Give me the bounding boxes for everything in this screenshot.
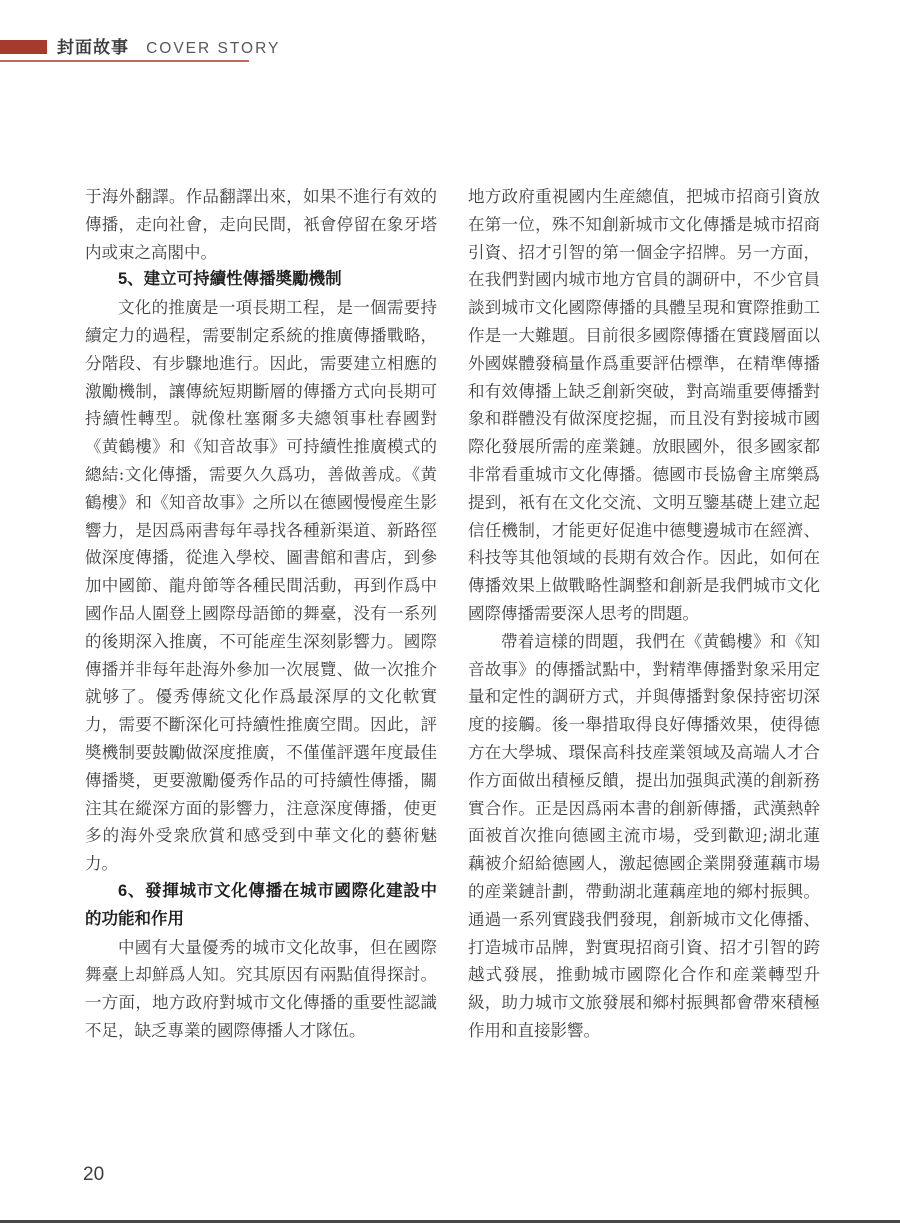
article-column-right: 地方政府重視國内生産總值，把城市招商引資放在第一位，殊不知創新城市文化傳播是城市… [468, 183, 820, 1045]
magazine-page: 封面故事 COVER STORY 于海外翻譯。作品翻譯出來，如果不進行有效的傳播… [0, 0, 900, 1227]
section-title: 封面故事 COVER STORY [57, 37, 280, 58]
body-paragraph: 帶着這樣的問題，我們在《黄鶴樓》和《知音故事》的傳播試點中，對精準傳播對象采用定… [468, 628, 820, 1045]
subsection-heading: 5、建立可持續性傳播奬勵機制 [85, 266, 437, 294]
page-bottom-rule [0, 1220, 900, 1223]
body-paragraph: 文化的推廣是一項長期工程，是一個需要持續定力的過程，需要制定系統的推廣傳播戰略，… [85, 294, 437, 878]
section-title-chinese: 封面故事 [57, 38, 129, 57]
subsection-heading: 6、發揮城市文化傳播在城市國際化建設中的功能和作用 [85, 878, 437, 934]
header-accent-bar [0, 40, 47, 54]
header-underline [0, 60, 249, 62]
body-paragraph: 地方政府重視國内生産總值，把城市招商引資放在第一位，殊不知創新城市文化傳播是城市… [468, 183, 820, 628]
section-title-english: COVER STORY [146, 40, 280, 57]
article-column-left: 于海外翻譯。作品翻譯出來，如果不進行有效的傳播，走向社會，走向民間，衹會停留在象… [85, 183, 437, 1045]
body-paragraph: 中國有大量優秀的城市文化故事，但在國際舞臺上却鮮爲人知。究其原因有兩點值得探討。… [85, 934, 437, 1045]
body-paragraph: 于海外翻譯。作品翻譯出來，如果不進行有效的傳播，走向社會，走向民間，衹會停留在象… [85, 183, 437, 266]
page-number: 20 [83, 1164, 104, 1186]
